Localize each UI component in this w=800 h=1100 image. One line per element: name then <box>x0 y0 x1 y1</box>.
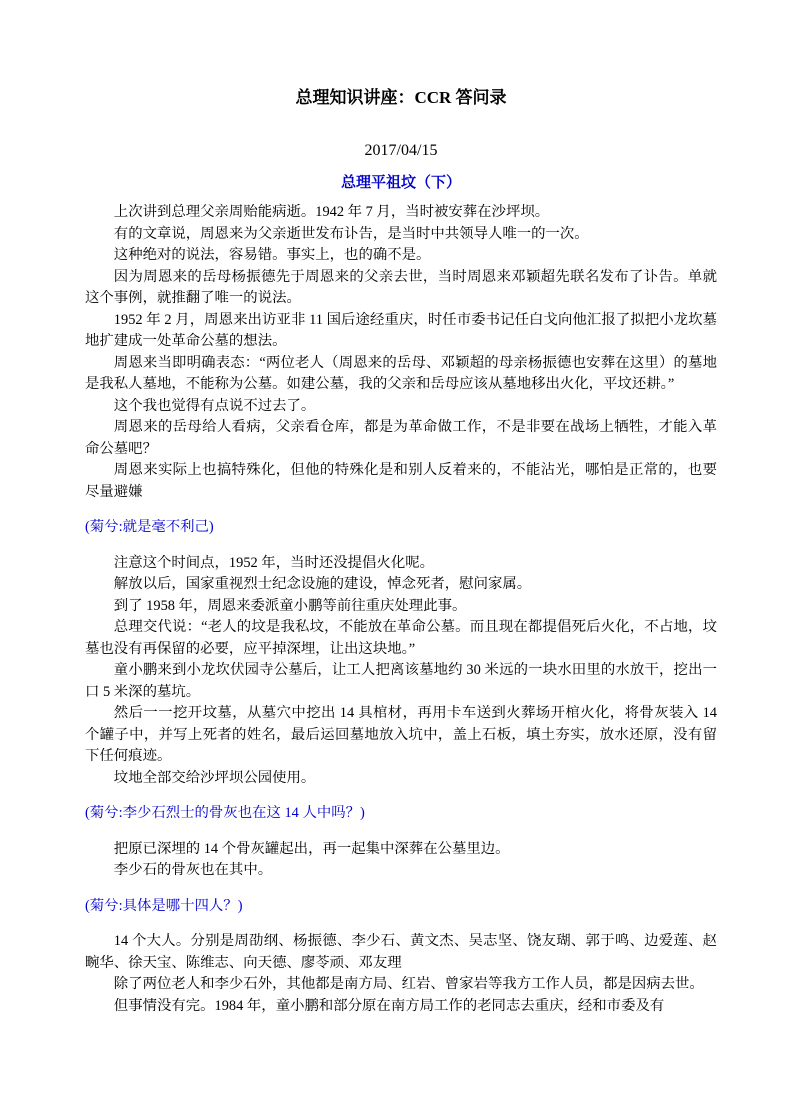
document-date: 2017/04/15 <box>85 140 717 162</box>
body-paragraph: 这个我也觉得有点说不过去了。 <box>85 396 717 418</box>
body-paragraph: 因为周恩来的岳母杨振德先于周恩来的父亲去世，当时周恩来邓颖超先联名发布了讣告。单… <box>85 267 717 310</box>
body-paragraph: 解放以后，国家重视烈士纪念设施的建设，悼念死者，慰问家属。 <box>85 574 717 596</box>
body-paragraph: 这种绝对的说法，容易错。事实上，也的确不是。 <box>85 245 717 267</box>
section-heading: 总理平祖坟（下） <box>85 173 717 193</box>
document-page: 总理知识讲座：CCR 答问录 2017/04/15 总理平祖坟（下） 上次讲到总… <box>0 0 800 1100</box>
document-body: 上次讲到总理父亲周贻能病逝。1942 年 7 月，当时被安葬在沙坪坝。有的文章说… <box>85 202 717 1017</box>
commenter-annotation: (菊兮:就是毫不利己) <box>85 517 717 539</box>
commenter-annotation: (菊兮:具体是哪十四人？) <box>85 896 717 918</box>
commenter-annotation: (菊兮:李少石烈士的骨灰也在这 14 人中吗？) <box>85 803 717 825</box>
document-title: 总理知识讲座：CCR 答问录 <box>85 86 717 110</box>
body-paragraph: 除了两位老人和李少石外，其他都是南方局、红岩、曾家岩等我方工作人员，都是因病去世… <box>85 974 717 996</box>
body-paragraph: 1952 年 2 月，周恩来出访亚非 11 国后途经重庆，时任市委书记任白戈向他… <box>85 310 717 353</box>
body-paragraph: 周恩来当即明确表态：“两位老人（周恩来的岳母、邓颖超的母亲杨振德也安葬在这里）的… <box>85 353 717 396</box>
body-paragraph: 把原已深埋的 14 个骨灰罐起出，再一起集中深葬在公墓里边。 <box>85 839 717 861</box>
body-paragraph: 到了 1958 年，周恩来委派童小鹏等前往重庆处理此事。 <box>85 596 717 618</box>
body-paragraph: 14 个大人。分别是周劭纲、杨振德、李少石、黄文杰、吴志坚、饶友瑚、郭于鸣、边爱… <box>85 931 717 974</box>
body-paragraph: 周恩来的岳母给人看病，父亲看仓库，都是为革命做工作，不是非要在战场上牺牲，才能入… <box>85 417 717 460</box>
body-paragraph: 李少石的骨灰也在其中。 <box>85 860 717 882</box>
body-paragraph: 坟地全部交给沙坪坝公园使用。 <box>85 768 717 790</box>
body-paragraph: 上次讲到总理父亲周贻能病逝。1942 年 7 月，当时被安葬在沙坪坝。 <box>85 202 717 224</box>
body-paragraph: 周恩来实际上也搞特殊化，但他的特殊化是和别人反着来的，不能沾光，哪怕是正常的，也… <box>85 460 717 503</box>
body-paragraph: 但事情没有完。1984 年，童小鹏和部分原在南方局工作的老同志去重庆，经和市委及… <box>85 996 717 1018</box>
body-paragraph: 总理交代说：“老人的坟是我私坟，不能放在革命公墓。而且现在都提倡死后火化，不占地… <box>85 617 717 660</box>
body-paragraph: 然后一一挖开坟墓，从墓穴中挖出 14 具棺材，再用卡车送到火葬场开棺火化，将骨灰… <box>85 703 717 768</box>
body-paragraph: 注意这个时间点，1952 年，当时还没提倡火化呢。 <box>85 553 717 575</box>
body-paragraph: 有的文章说，周恩来为父亲逝世发布讣告，是当时中共领导人唯一的一次。 <box>85 224 717 246</box>
body-paragraph: 童小鹏来到小龙坎伏园寺公墓后，让工人把离该墓地约 30 米远的一块水田里的水放干… <box>85 660 717 703</box>
